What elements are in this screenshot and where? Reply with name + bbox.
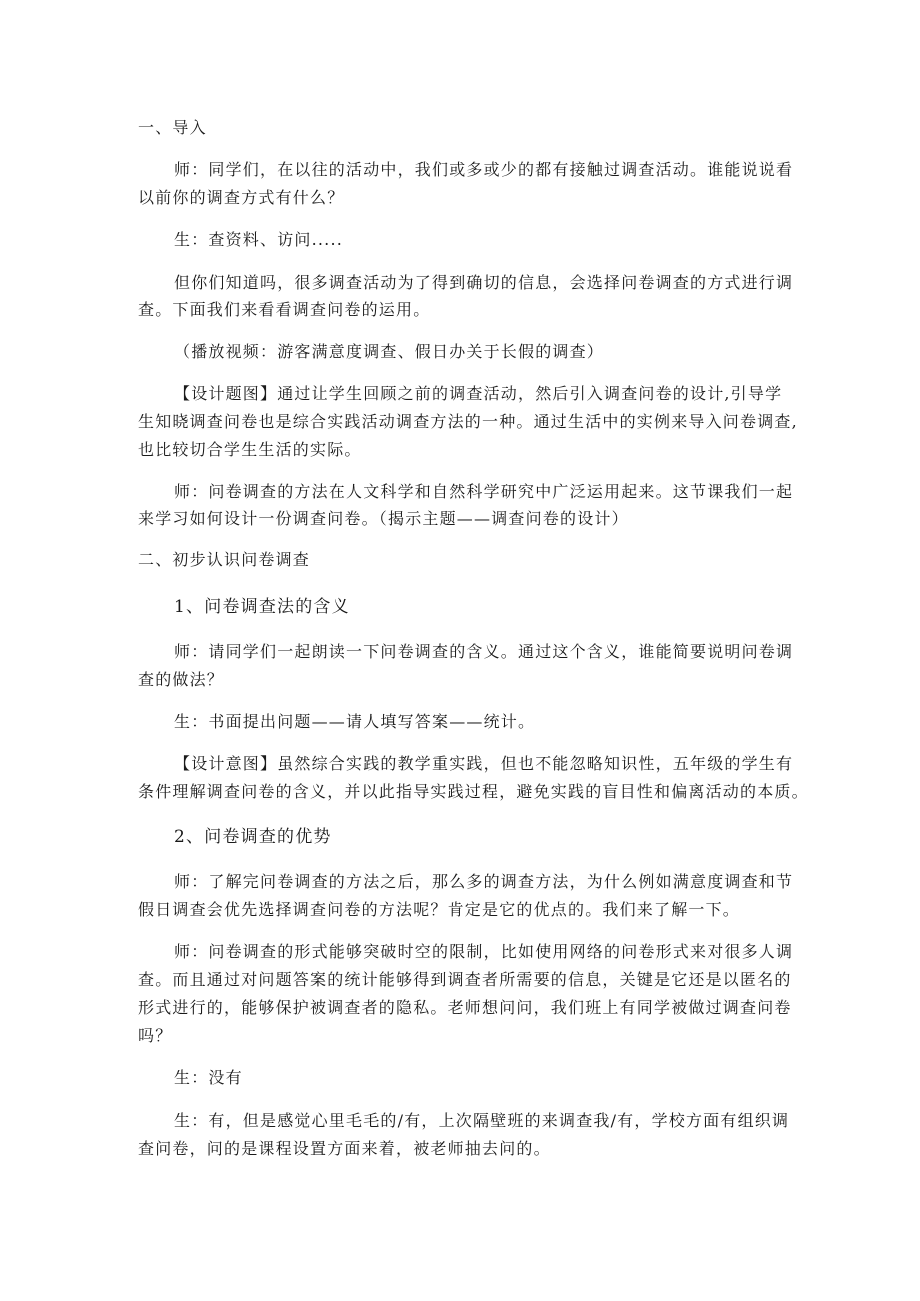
paragraph-line: 师：了解完问卷调查的方法之后，那么多的调查方法，为什么例如满意度调查和节 (174, 872, 798, 892)
paragraph-line: 查。而且通过对问题答案的统计能够得到调查者所需要的信息，关键是它还是以匿名的 (138, 970, 798, 990)
paragraph-line: 形式进行的，能够保护被调查者的隐私。老师想问问，我们班上有同学被做过调查问卷 (138, 998, 798, 1018)
paragraph-line: 师：同学们，在以往的活动中，我们或多或少的都有接触过调查活动。谁能说说看 (174, 160, 798, 180)
design-note-line: 条件理解调查问卷的含义，并以此指导实践过程，避免实践的盲目性和偏离活动的本质。 (138, 782, 798, 802)
paragraph-line: 吗？ (138, 1026, 798, 1046)
design-note-line: 生知晓调查问卷也是综合实践活动调查方法的一种。通过生活中的实例来导入问卷调查, (138, 412, 798, 432)
subsection-heading-meaning: 1、问卷调查法的含义 (174, 597, 798, 617)
paragraph-line: 师：问卷调查的形式能够突破时空的限制，比如使用网络的问卷形式来对很多人调 (174, 942, 798, 962)
design-note-line: 【设计题图】通过让学生回顾之前的调查活动，然后引入调查问卷的设计,引导学 (174, 384, 798, 404)
paragraph-line: 生：有，但是感觉心里毛毛的/有，上次隔壁班的来调查我/有，学校方面有组织调 (174, 1111, 798, 1131)
section-heading-intro: 一、导入 (138, 118, 798, 138)
paragraph-line: 来学习如何设计一份调查问卷。（揭示主题——调查问卷的设计） (138, 509, 798, 529)
paragraph-line: 假日调查会优先选择调查问卷的方法呢？肯定是它的优点的。我们来了解一下。 (138, 900, 798, 920)
paragraph-line: 生：查资料、访问..... (174, 230, 798, 250)
paragraph-line: 生：书面提出问题——请人填写答案——统计。 (174, 712, 798, 732)
design-note-line: 也比较切合学生生活的实际。 (138, 440, 798, 460)
paragraph-line: 以前你的调查方式有什么？ (138, 188, 798, 208)
paragraph-line: 查问卷，问的是课程设置方面来着，被老师抽去问的。 (138, 1139, 798, 1159)
paragraph-line: 但你们知道吗，很多调查活动为了得到确切的信息，会选择问卷调查的方式进行调 (174, 273, 798, 293)
subsection-heading-advantages: 2、问卷调查的优势 (174, 827, 798, 847)
paragraph-line: （播放视频：游客满意度调查、假日办关于长假的调查） (174, 342, 798, 362)
paragraph-line: 生：没有 (174, 1068, 798, 1088)
paragraph-line: 师：请同学们一起朗读一下问卷调查的含义。通过这个含义，谁能简要说明问卷调 (174, 642, 798, 662)
paragraph-line: 师：问卷调查的方法在人文科学和自然科学研究中广泛运用起来。这节课我们一起 (174, 482, 798, 502)
paragraph-line: 查的做法？ (138, 670, 798, 690)
section-heading-overview: 二、初步认识问卷调查 (138, 550, 798, 570)
design-note-line: 【设计意图】虽然综合实践的教学重实践，但也不能忽略知识性，五年级的学生有 (174, 754, 798, 774)
paragraph-line: 查。下面我们来看看调查问卷的运用。 (138, 300, 798, 320)
